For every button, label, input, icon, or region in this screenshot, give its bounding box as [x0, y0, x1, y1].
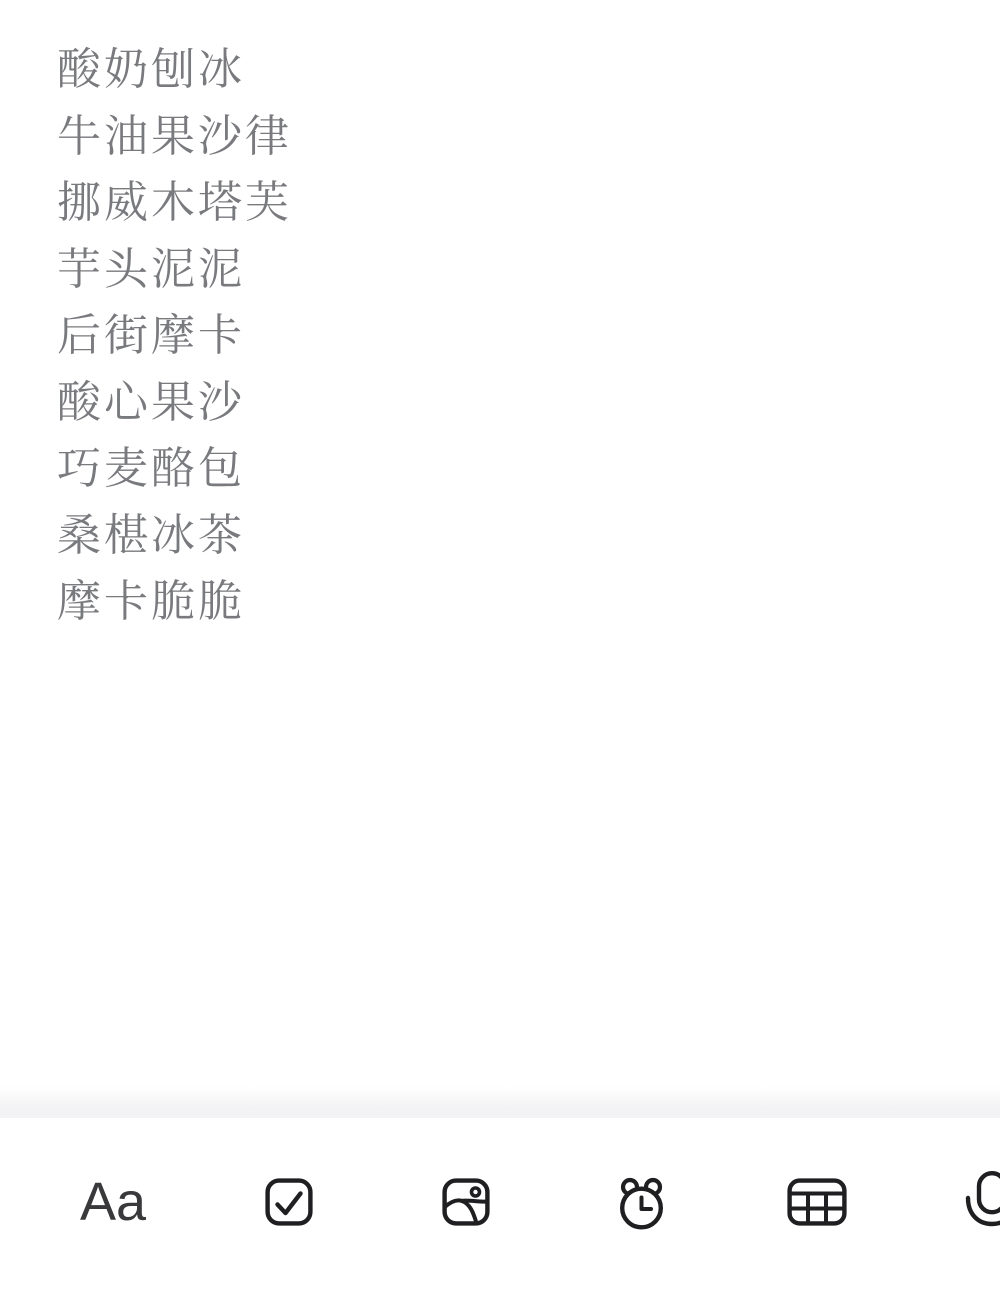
microphone-icon	[962, 1171, 1000, 1233]
checklist-button[interactable]	[253, 1166, 325, 1238]
text-format-label: Aa	[80, 1175, 146, 1229]
note-line: 牛油果沙律	[57, 104, 960, 171]
table-icon	[787, 1178, 847, 1226]
note-line: 芋头泥泥	[57, 237, 960, 304]
toolbar-shadow-divider	[0, 1086, 1000, 1118]
note-line: 巧麦酪包	[57, 436, 960, 503]
text-format-button[interactable]: Aa	[77, 1166, 149, 1238]
note-line: 摩卡脆脆	[57, 569, 960, 636]
note-line: 桑椹冰茶	[57, 503, 960, 570]
note-line: 挪威木塔芙	[57, 170, 960, 237]
alarm-clock-icon	[614, 1175, 669, 1230]
voice-input-button[interactable]	[956, 1166, 1000, 1238]
note-line: 酸心果沙	[57, 370, 960, 437]
reminder-button[interactable]	[605, 1166, 677, 1238]
bottom-toolbar: Aa	[0, 1118, 1000, 1291]
note-editor[interactable]: 酸奶刨冰 牛油果沙律 挪威木塔芙 芋头泥泥 后街摩卡 酸心果沙 巧麦酪包 桑椹冰…	[0, 0, 1000, 636]
note-line: 酸奶刨冰	[57, 37, 960, 104]
insert-table-button[interactable]	[781, 1166, 853, 1238]
insert-image-button[interactable]	[430, 1166, 502, 1238]
checkbox-check-icon	[265, 1178, 313, 1226]
image-icon	[442, 1178, 490, 1226]
note-line: 后街摩卡	[57, 303, 960, 370]
